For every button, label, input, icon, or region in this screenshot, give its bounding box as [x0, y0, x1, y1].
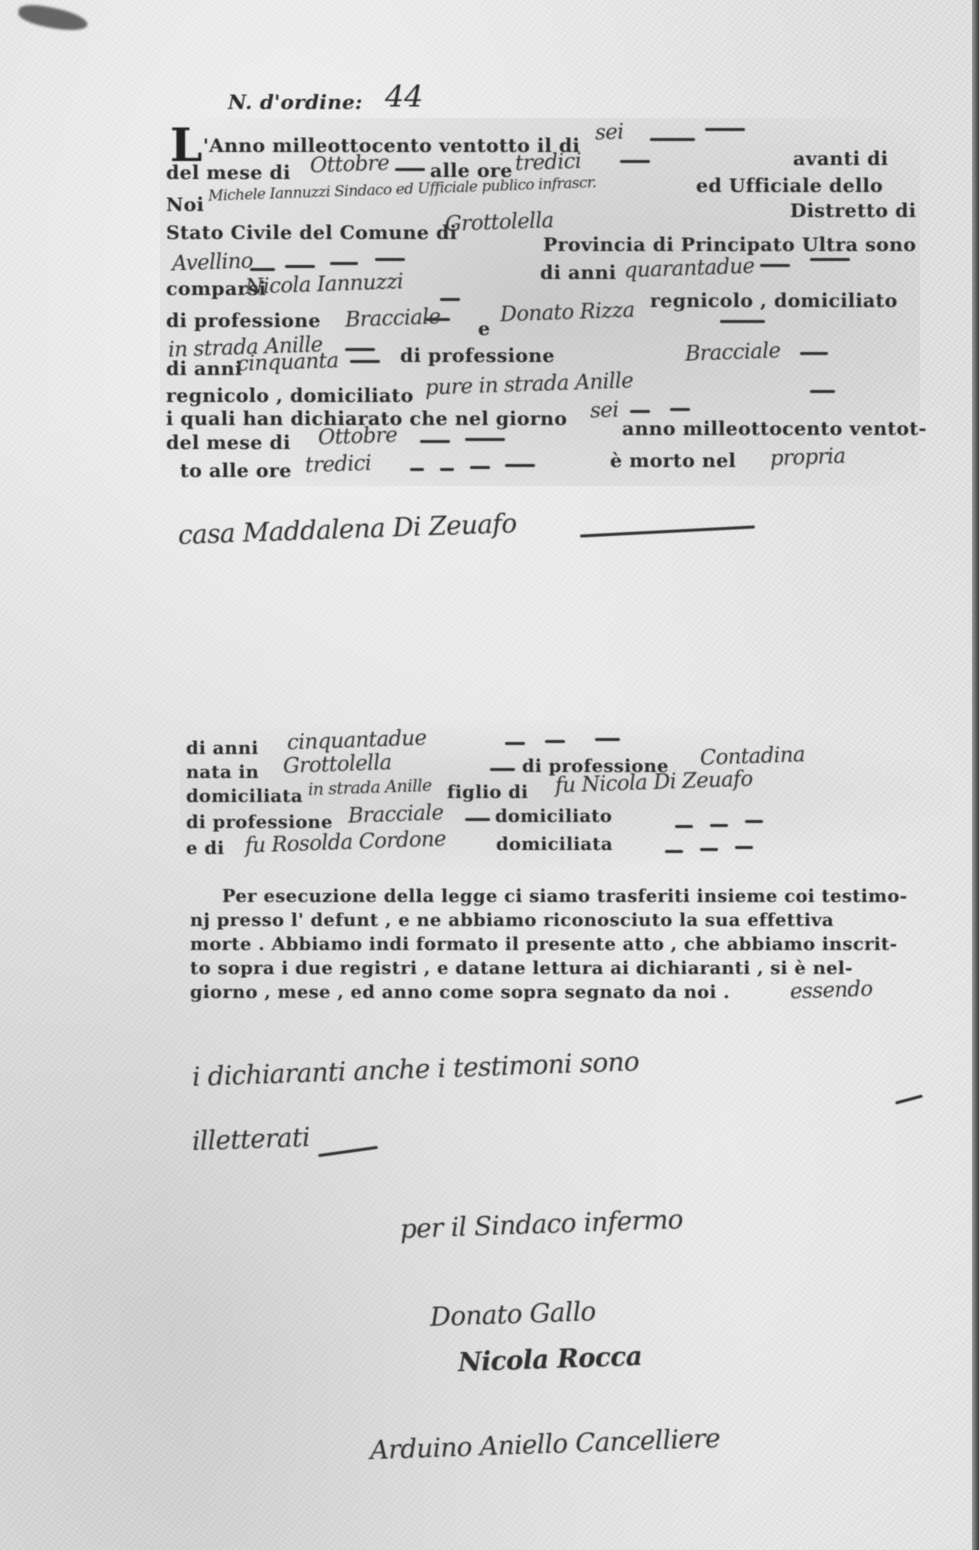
line13-print-a: del mese di	[166, 432, 291, 454]
closing-line-3: morte . Abbiamo indi formato il presente…	[190, 934, 897, 955]
line10-hand-age2: cinquanta	[237, 348, 339, 376]
signature-witness-2: Nicola Rocca	[458, 1342, 643, 1378]
filler-dash	[410, 468, 424, 471]
filler-dash	[490, 768, 515, 771]
filler-dash	[670, 408, 690, 411]
line2-hand-hour: tredici	[515, 149, 582, 175]
b2-line3-print-a: domiciliata	[186, 786, 303, 807]
filler-dash	[395, 168, 425, 171]
filler-dash	[505, 742, 525, 745]
filler-dash	[650, 138, 695, 141]
line5-hand-distretto: Avellino	[172, 249, 254, 276]
filler-dash	[330, 262, 358, 265]
filler-dash	[440, 468, 454, 471]
line2-hand-month: Ottobre	[310, 151, 390, 178]
line4-print-b: Distretto di	[790, 200, 916, 222]
b2-line2-print-a: nata in	[186, 762, 259, 783]
filler-dash	[470, 466, 490, 469]
line5-print-b: Provincia di Principato Ultra sono	[543, 234, 916, 256]
closing-line-4: to sopra i due registri , e datane lettu…	[190, 958, 853, 979]
line8-hand-declarant2: Donato Rizza	[500, 298, 635, 327]
filler-dash	[465, 438, 505, 441]
b2-line2-hand-birthplace: Grottolella	[283, 750, 392, 778]
filler-dash	[250, 268, 275, 271]
line10-print-a: di anni	[166, 358, 242, 380]
line8-print-a: di professione	[166, 310, 321, 332]
filler-dash	[810, 258, 850, 261]
filler-dash	[630, 410, 650, 413]
closing-line-2: nj presso l' defunt , e ne abbiamo ricon…	[190, 910, 834, 931]
line7-print-b: regnicolo , domiciliato	[650, 290, 898, 312]
filler-dash	[675, 825, 693, 828]
filler-dash	[420, 440, 450, 443]
line1-hand-day: sei	[595, 120, 624, 145]
filler-dash	[440, 298, 460, 301]
line14-hand-hour: tredici	[305, 451, 372, 477]
line14-hand-place: propria	[770, 444, 846, 471]
line14-print-b: è morto nel	[610, 450, 736, 472]
line4-print-a: Stato Civile del Comune di	[166, 222, 457, 244]
line4-hand-comune: Grottolella	[445, 208, 554, 236]
line11-print-a: regnicolo , domiciliato	[166, 385, 414, 407]
b2-line1-hand-age: cinquantadue	[287, 726, 427, 755]
note-line-2: illetterati	[192, 1123, 311, 1157]
filler-dash	[735, 846, 753, 849]
line8-print-b: e	[478, 318, 490, 340]
filler-dash	[345, 348, 375, 351]
filler-dash	[595, 738, 620, 741]
filler-dash	[465, 818, 490, 821]
filler-dash	[710, 824, 728, 827]
filler-dash	[285, 265, 315, 268]
filler-dash	[545, 740, 565, 743]
filler-dash	[800, 352, 828, 355]
ordine-label: N. d'ordine:	[228, 90, 363, 114]
closing-line-1: Per esecuzione della legge ci siamo tras…	[222, 886, 907, 907]
filler-dash	[700, 848, 718, 851]
line10-print-b: di professione	[400, 345, 555, 367]
filler-dash	[745, 820, 763, 823]
b2-line4-print-b: domiciliato	[495, 806, 612, 827]
line2-print-a: del mese di	[166, 162, 291, 184]
filler-dash	[810, 390, 835, 393]
b2-line4-hand-profession: Bracciale	[348, 800, 444, 827]
filler-dash	[375, 258, 405, 261]
filler-dash	[425, 318, 450, 321]
closing-hand-inline: essendo	[790, 977, 873, 1004]
signature-witness-1: Donato Gallo	[430, 1297, 597, 1333]
b2-line4-print-a: di professione	[186, 812, 333, 833]
filler-dash	[705, 128, 745, 131]
page-edge	[972, 0, 979, 1550]
filler-dash	[665, 850, 683, 853]
filler-dash	[620, 160, 650, 163]
filler-dash	[720, 320, 765, 323]
filler-dash	[760, 264, 790, 267]
line13-print-b: anno milleottocento ventot-	[622, 418, 927, 440]
b2-line5-print-b: domiciliata	[496, 834, 613, 855]
line6-hand-age1: quarantadue	[624, 254, 755, 283]
line13-hand-month: Ottobre	[318, 423, 398, 450]
line3-print-b: ed Ufficiale dello	[696, 175, 883, 197]
line3-print-a: Noi	[166, 194, 204, 216]
closing-line-5: giorno , mese , ed anno come sopra segna…	[190, 982, 730, 1003]
ordine-number: 44	[385, 80, 423, 115]
b2-line5-print-a: e di	[186, 838, 224, 859]
b2-line1-print-a: di anni	[186, 738, 258, 759]
filler-dash	[505, 464, 535, 467]
line14-print-a: to alle ore	[180, 460, 292, 482]
line6-print-b: di anni	[540, 262, 616, 284]
line12-hand-day: sei	[590, 398, 619, 423]
filler-dash	[350, 360, 380, 363]
line10-hand-profession2: Bracciale	[685, 338, 781, 365]
line2-print-c: avanti di	[793, 148, 888, 170]
b2-line3-print-b: figlio di	[447, 782, 528, 803]
